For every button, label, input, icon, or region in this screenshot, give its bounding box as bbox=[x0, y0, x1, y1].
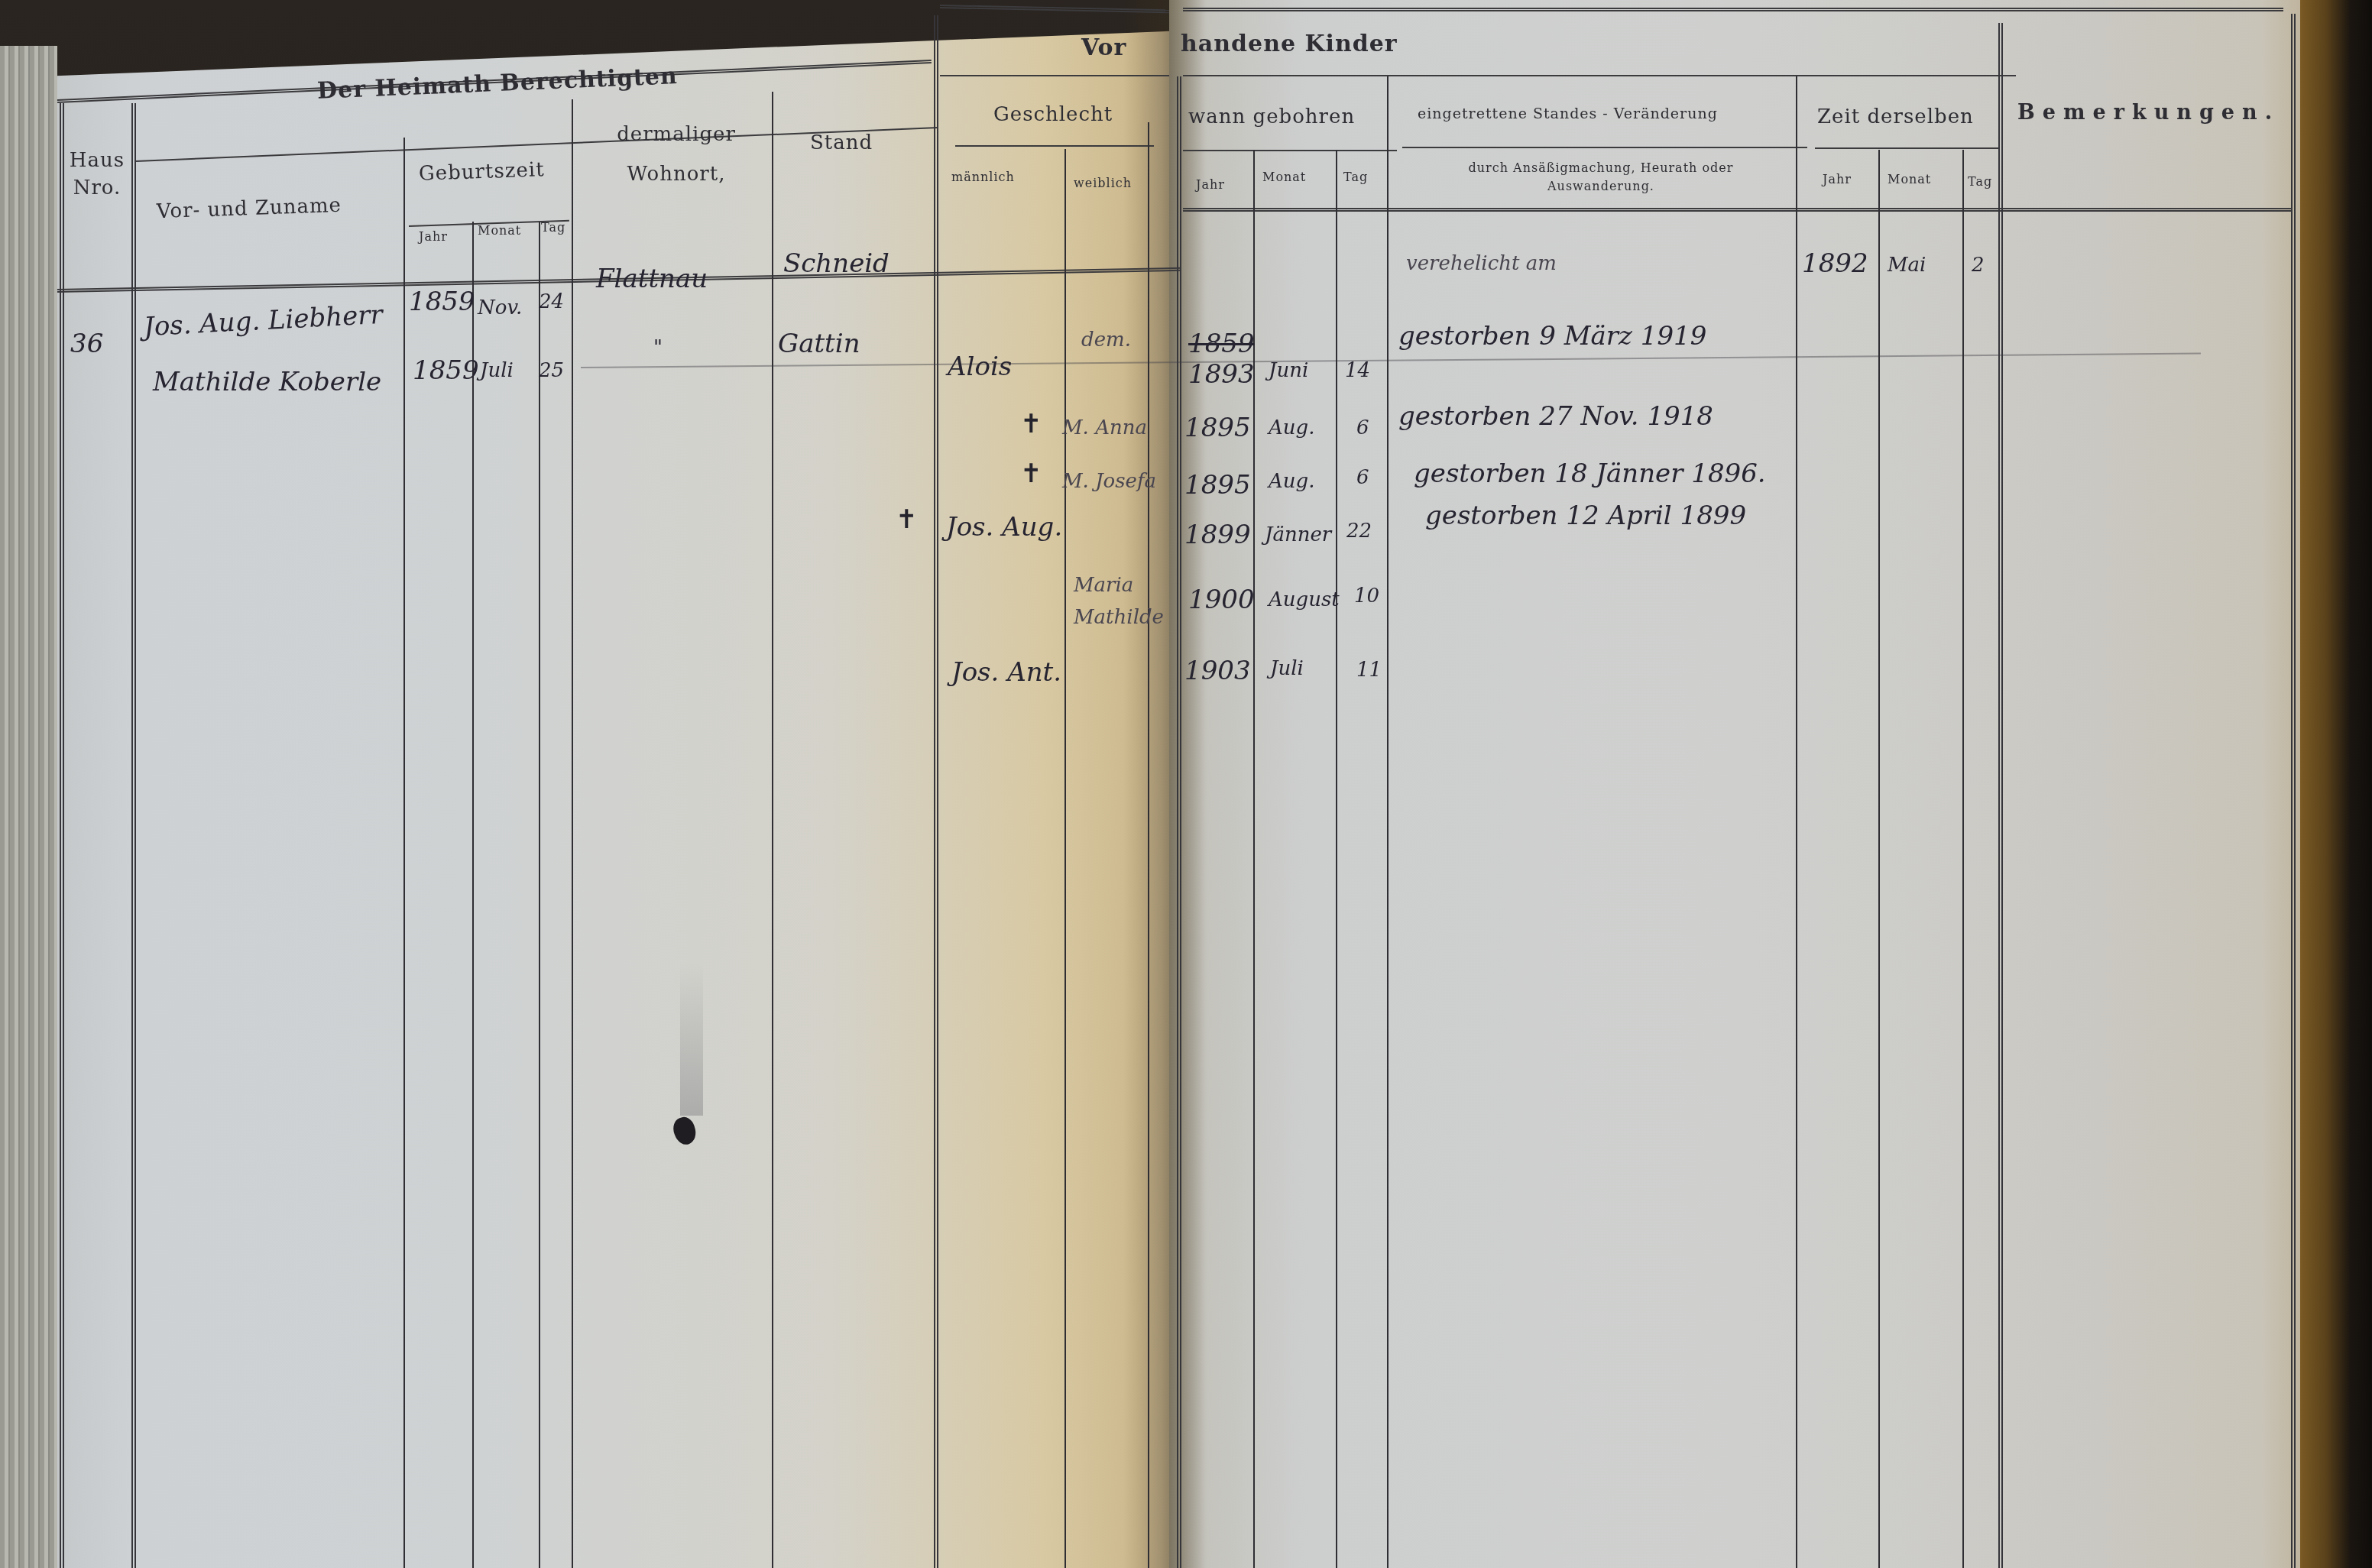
child-4-day: 22 bbox=[1346, 520, 1372, 543]
entry-head-birth-year: 1859 bbox=[409, 287, 475, 317]
child-3-month: Aug. bbox=[1269, 470, 1314, 493]
child-6-maennlich: Jos. Ant. bbox=[951, 657, 1061, 688]
header-bottom-rule-remarks bbox=[2017, 208, 2293, 212]
entry-wife-struck-year: 1859 bbox=[1188, 329, 1255, 359]
child-3-weiblich: M. Josefa bbox=[1062, 470, 1156, 493]
entry-wife-birth-day: 25 bbox=[539, 359, 564, 382]
header-weiblich: weiblich bbox=[1074, 176, 1132, 190]
header-geschlecht: Geschlecht bbox=[993, 103, 1113, 126]
child-2-note: gestorben 27 Nov. 1918 bbox=[1398, 401, 1713, 432]
child-6-year: 1903 bbox=[1184, 656, 1251, 686]
child-4-maennlich: Jos. Aug. bbox=[946, 512, 1062, 543]
child-6-day: 11 bbox=[1356, 659, 1382, 682]
header-stand: Stand bbox=[810, 131, 873, 154]
header-kind-jahr: Jahr bbox=[1196, 177, 1225, 192]
header-kind-tag: Tag bbox=[1343, 170, 1368, 184]
entry-wife-wohnort-ditto: " bbox=[653, 336, 663, 359]
entry-wife-stand: Gattin bbox=[778, 329, 860, 359]
vrule-geb-monat bbox=[539, 222, 540, 1568]
child-2-month: Aug. bbox=[1269, 416, 1314, 439]
title-underline-right bbox=[1183, 75, 2016, 76]
child-1-month: Juni bbox=[1269, 359, 1308, 382]
title-handene-kinder: handene Kinder bbox=[1181, 31, 1398, 57]
child-1-day: 14 bbox=[1345, 359, 1370, 382]
vrule-geb-tag bbox=[572, 99, 573, 1568]
entry-head-change-year: 1892 bbox=[1802, 248, 1868, 279]
vrule-outer-right bbox=[2291, 14, 2296, 1568]
header-bottom-rule-right bbox=[1183, 208, 2024, 212]
header-standes-sub: durch Ansäßigmachung, Heurath oder Auswa… bbox=[1414, 159, 1788, 196]
vrule-geb-jahr bbox=[472, 222, 474, 1568]
child-5-month: August bbox=[1269, 588, 1340, 611]
page-stack-edge bbox=[0, 46, 57, 1568]
child-3-note: gestorben 18 Jänner 1896. bbox=[1414, 458, 1766, 489]
child-2-year: 1895 bbox=[1184, 413, 1251, 443]
header-standes-veraenderung: eingetrettene Standes - Veränderung bbox=[1418, 105, 1718, 122]
header-bemerkungen: Bemerkungen. bbox=[2017, 101, 2280, 125]
entry-wife-birth-month: Juli bbox=[480, 359, 514, 382]
vrule-standes bbox=[1796, 76, 1797, 1568]
header-geb-monat: Monat bbox=[478, 223, 521, 238]
vrule-weiblich bbox=[1148, 122, 1149, 1568]
header-maennlich: männlich bbox=[951, 170, 1015, 184]
header-kind-monat: Monat bbox=[1262, 170, 1306, 184]
right-page bbox=[1169, 0, 2331, 1568]
vrule-kind-monat bbox=[1336, 150, 1337, 1568]
top-rule-right bbox=[1183, 8, 2283, 11]
child-5-year: 1900 bbox=[1188, 585, 1255, 615]
entry-haus-nro: 36 bbox=[70, 329, 103, 359]
vrule-kind-tag bbox=[1387, 76, 1389, 1568]
standes-subrule bbox=[1402, 147, 1807, 148]
wann-geboren-subrule bbox=[1183, 150, 1397, 151]
entry-wife-name: Mathilde Koberle bbox=[153, 367, 381, 397]
header-wohnort: dermaliger Wohnort, bbox=[588, 115, 764, 194]
child-4-year: 1899 bbox=[1184, 520, 1251, 550]
entry-head-change-month: Mai bbox=[1888, 254, 1926, 277]
child-5-weiblich: Maria Mathilde bbox=[1074, 569, 1150, 633]
entry-wife-death-note: gestorben 9 März 1919 bbox=[1398, 321, 1706, 352]
header-geb-tag: Tag bbox=[541, 220, 565, 235]
geschlecht-subrule bbox=[955, 145, 1154, 147]
vrule-maennlich bbox=[1064, 149, 1066, 1568]
child-2-cross-icon: ✝ bbox=[1020, 409, 1042, 439]
child-4-month: Jänner bbox=[1265, 523, 1331, 546]
header-zeit-monat: Monat bbox=[1888, 172, 1931, 186]
vrule-name bbox=[403, 138, 405, 1568]
vrule-outer-left bbox=[60, 103, 64, 1568]
vrule-zeit-monat bbox=[1962, 150, 1964, 1568]
entry-head-birth-month: Nov. bbox=[478, 296, 522, 319]
vrule-zeit-jahr bbox=[1878, 150, 1880, 1568]
book-fore-edge bbox=[2300, 0, 2372, 1568]
vrule-haus bbox=[131, 103, 136, 1568]
child-5-day: 10 bbox=[1354, 585, 1379, 607]
entry-head-change-day: 2 bbox=[1972, 254, 1985, 277]
child-1-maennlich: Alois bbox=[948, 352, 1012, 382]
child-2-weiblich: M. Anna bbox=[1062, 416, 1147, 439]
vrule-wohnort bbox=[772, 92, 773, 1568]
header-zeit-jahr: Jahr bbox=[1823, 172, 1852, 186]
header-zeit-derselben: Zeit derselben bbox=[1817, 105, 1974, 128]
entry-head-wohnort: Flattnau bbox=[596, 264, 708, 294]
header-haus-nro: Haus Nro. bbox=[63, 147, 131, 202]
book-spine bbox=[1123, 0, 1207, 1568]
title-underline-left-b bbox=[940, 75, 1169, 76]
header-zeit-tag: Tag bbox=[1968, 174, 1992, 189]
entry-head-stand: Schneid bbox=[783, 248, 889, 279]
child-3-day: 6 bbox=[1356, 466, 1369, 489]
child-6-month: Juli bbox=[1270, 657, 1304, 680]
ink-smudge bbox=[680, 963, 703, 1116]
child-4-cross-icon: ✝ bbox=[896, 504, 918, 535]
vrule-stand bbox=[934, 15, 938, 1568]
left-page bbox=[14, 31, 1183, 1568]
zeit-subrule bbox=[1815, 147, 1998, 149]
child-3-cross-icon: ✝ bbox=[1020, 458, 1042, 489]
child-1-year: 1893 bbox=[1188, 359, 1255, 390]
entry-wife-birth-year: 1859 bbox=[413, 355, 479, 386]
child-2-day: 6 bbox=[1356, 416, 1369, 439]
entry-head-change: verehelicht am bbox=[1406, 252, 1557, 275]
entry-wife-weiblich-note: dem. bbox=[1081, 329, 1131, 352]
vrule-right-inner bbox=[1177, 76, 1181, 1568]
header-geburtszeit: Geburtszeit bbox=[419, 158, 546, 186]
header-geb-jahr: Jahr bbox=[419, 229, 448, 244]
entry-head-birth-day: 24 bbox=[539, 290, 564, 313]
child-4-note: gestorben 12 April 1899 bbox=[1425, 501, 1746, 531]
vrule-zeit-tag bbox=[1998, 23, 2003, 1568]
title-vor: Vor bbox=[1081, 34, 1126, 61]
header-wann-geboren: wann gebohren bbox=[1188, 105, 1355, 128]
child-3-year: 1895 bbox=[1184, 470, 1251, 501]
